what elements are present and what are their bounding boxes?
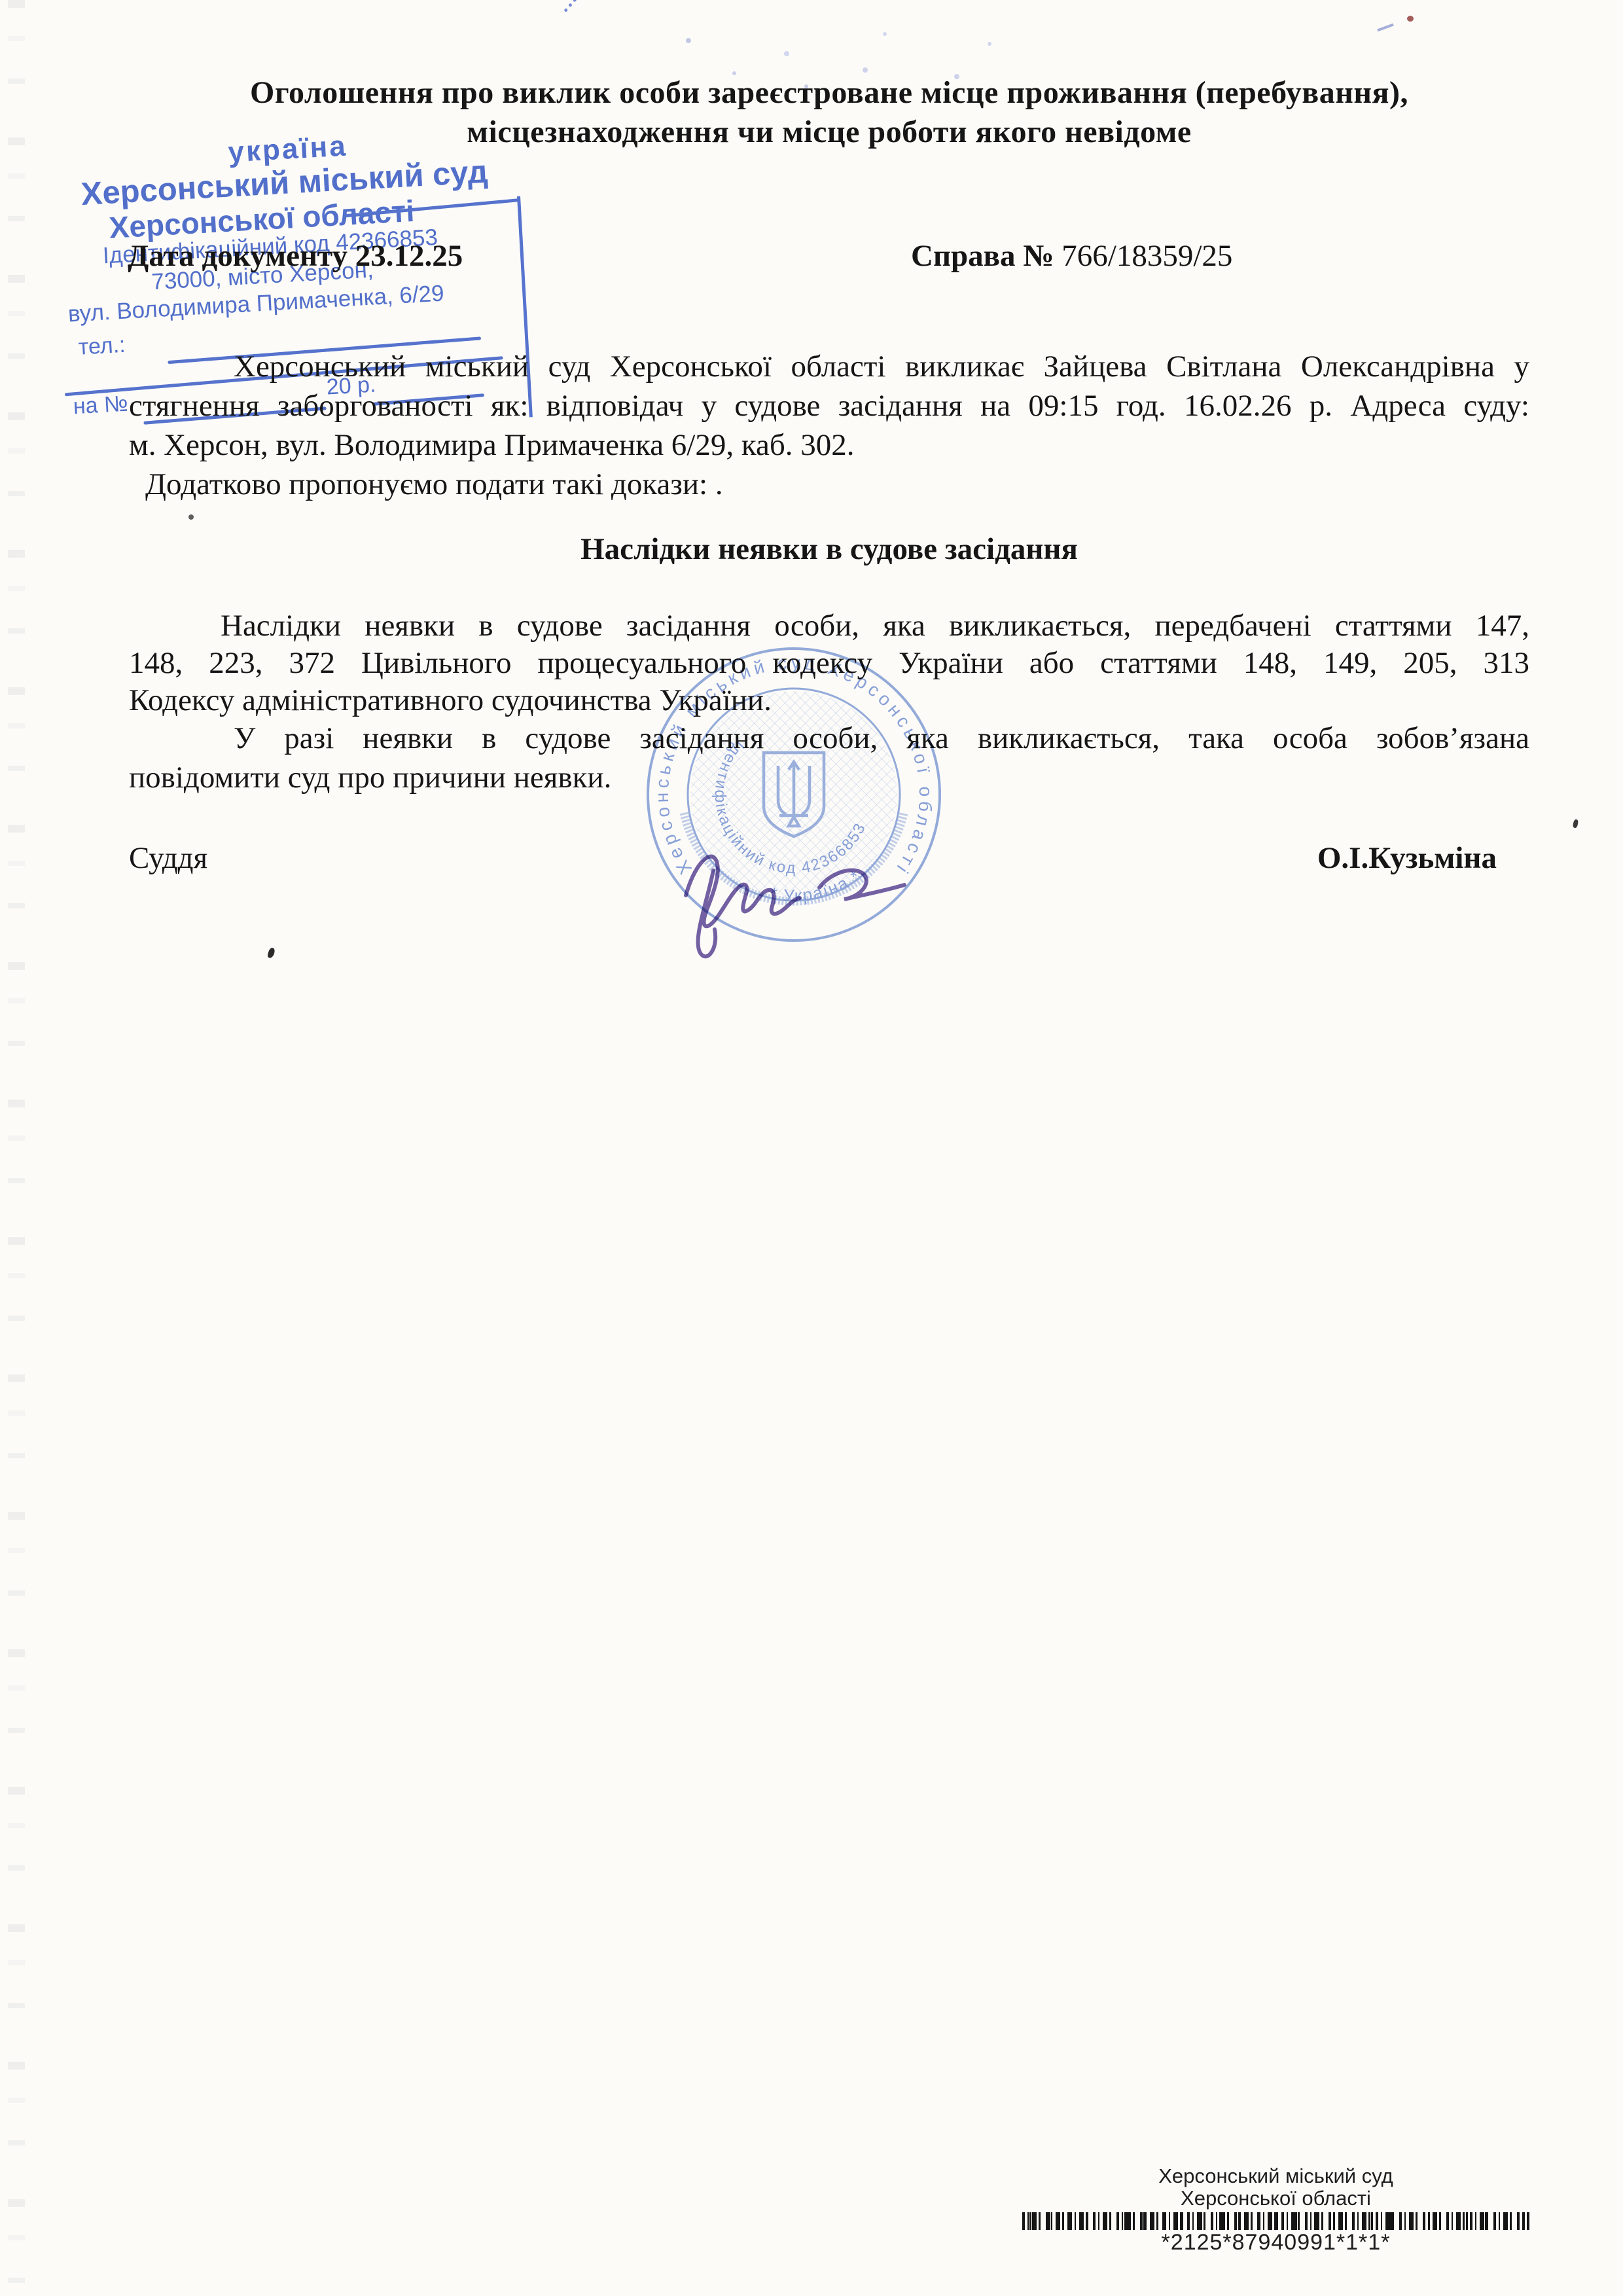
case-number: Справа № 766/18359/25 — [911, 238, 1232, 274]
judge-label: Суддя — [129, 840, 207, 876]
footer-court-name: Херсонський міський суд — [1022, 2165, 1529, 2187]
summons-line: м. Херсон, вул. Володимира Примаченка 6/… — [129, 425, 1529, 465]
barcode-value: *2125*87940991*1*1* — [1022, 2230, 1529, 2255]
document-title-line1: Оголошення про виклик особи зареєстрован… — [129, 73, 1529, 113]
scanner-edge-noise — [8, 0, 25, 2296]
summons-line: Херсонський міський суд Херсонської обла… — [129, 347, 1529, 386]
ink-speck — [1407, 16, 1414, 22]
case-number-label: Справа № — [911, 239, 1054, 273]
stamp-outgoing-label: на № — [73, 391, 129, 420]
footer-court-region: Херсонської області — [1022, 2187, 1529, 2210]
summons-line: стягнення заборгованості як: відповідач … — [129, 386, 1529, 425]
evidence-note: Додатково пропонуємо подати такі докази:… — [145, 465, 1529, 504]
stamp-tel-label: тел.: — [78, 332, 126, 361]
pen-scribble-artifact — [563, 0, 638, 12]
ink-speck — [188, 514, 194, 520]
ink-speckles-artifact — [648, 13, 651, 16]
document-date-label: Дата документу — [128, 239, 348, 273]
section-heading: Наслідки неявки в судове засідання — [129, 531, 1529, 567]
summons-paragraph: Херсонський міський суд Херсонської обла… — [129, 347, 1529, 504]
ink-speck — [1573, 819, 1579, 828]
document-date: Дата документу 23.12.25 — [128, 238, 463, 274]
footer-court-block: Херсонський міський суд Херсонської обла… — [1022, 2165, 1529, 2255]
ink-speck — [267, 947, 276, 959]
judge-handwritten-signature — [654, 812, 936, 975]
judge-name: О.І.Кузьміна — [1317, 840, 1497, 876]
case-number-value: 766/18359/25 — [1061, 239, 1232, 273]
barcode — [1022, 2212, 1529, 2230]
consequences-line: Наслідки неявки в судове засідання особи… — [129, 607, 1529, 645]
ink-speck — [1377, 24, 1394, 32]
document-date-value: 23.12.25 — [355, 239, 463, 273]
